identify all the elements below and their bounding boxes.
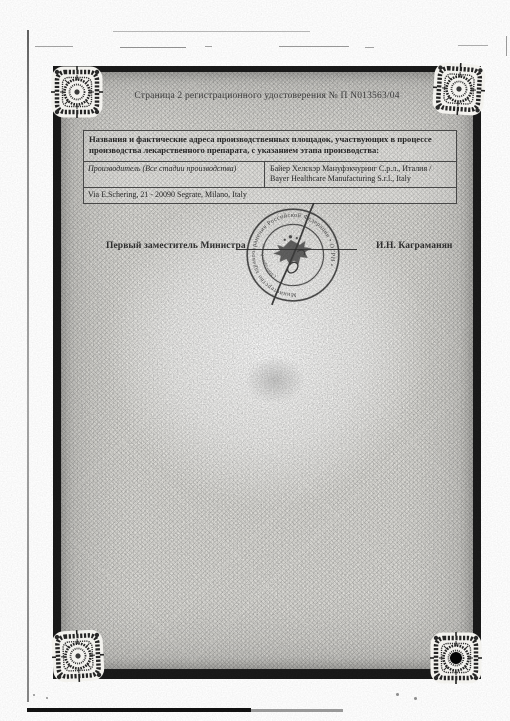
scan-artifact-dash [365,47,374,48]
table-row: Производитель (Все стадии производства) … [84,162,456,189]
scan-artifact-dash [279,46,349,47]
corner-ornament-bottom-right [429,631,483,685]
certificate-border-frame: Страница 2 регистрационного удостоверени… [53,66,481,679]
signatory-name: И.Н. Каграманян [376,241,453,251]
scan-artifact-dash [120,47,186,48]
scan-speck [46,697,48,699]
scan-speck [33,694,35,696]
scan-artifact-dash [35,46,73,47]
page-header: Страница 2 регистрационного удостоверени… [61,91,473,101]
producers-table: Названия и фактические адреса производст… [83,130,457,204]
paper-edge-line [27,30,29,702]
producer-value-en: Bayer Healthcare Manufacturing S.r.l., I… [270,174,452,184]
producer-value-cell: Байер Хелскэр Мануфэкчуринг С.р.л., Итал… [265,162,456,188]
producer-value-ru: Байер Хелскэр Мануфэкчуринг С.р.л., Итал… [270,164,452,174]
scanned-certificate-page: Страница 2 регистрационного удостоверени… [0,0,510,721]
table-title: Названия и фактические адреса производст… [84,131,456,162]
ministry-seal: Министерство здравоохранения Российской … [230,192,356,318]
scan-artifact-dash [205,46,212,47]
ornament-center-dot [450,652,462,664]
scan-speck [396,693,399,696]
scan-artifact-tick [506,36,507,56]
scan-artifact-strip [27,708,251,712]
scan-artifact-dash [458,45,488,46]
corner-ornament-bottom-left [50,628,107,685]
signature-title: Первый заместитель Министра [106,241,246,251]
corner-ornament-top-left [50,65,104,119]
scan-speck [414,697,417,700]
corner-ornament-top-right [430,60,488,118]
producer-label-cell: Производитель (Все стадии производства) [84,162,265,188]
scan-artifact-strip [251,709,343,712]
scan-artifact-line [113,31,310,32]
